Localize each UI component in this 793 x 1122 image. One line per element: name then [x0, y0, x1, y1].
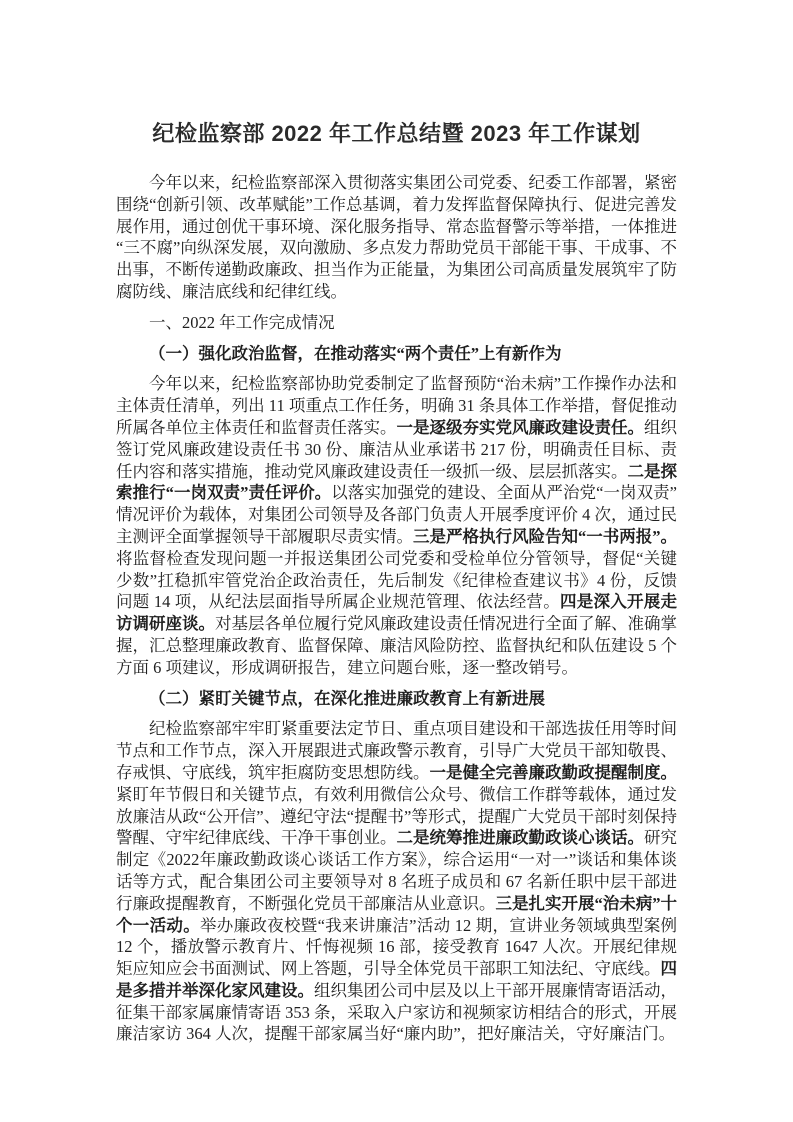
bold-text-run: 三是严格执行风险告知“一书两报”。 [413, 527, 677, 546]
document-page: 纪检监察部 2022 年工作总结暨 2023 年工作谋划 今年以来，纪检监察部深… [0, 0, 793, 1122]
bold-text-run: 一是逐级夯实党风廉政建设责任。 [397, 418, 645, 437]
bold-text-run: 二是统筹推进廉政勤政谈心谈话。 [397, 828, 645, 847]
doc-heading2: （二）紧盯关键节点，在深化推进廉政教育上有新进展 [116, 688, 677, 710]
doc-heading2: （一）强化政治监督，在推动落实“两个责任”上有新作为 [116, 343, 677, 365]
text-run: 举办廉政夜校暨“我来讲廉洁”活动 12 期，宣讲业务领域典型案例 12 个，播放… [116, 916, 677, 979]
text-run: （二）紧盯关键节点，在深化推进廉政教育上有新进展 [149, 689, 545, 708]
document-body: 今年以来，纪检监察部深入贯彻落实集团公司党委、纪委工作部署，紧密围绕“创新引领、… [116, 172, 677, 1045]
doc-paragraph: 今年以来，纪检监察部深入贯彻落实集团公司党委、纪委工作部署，紧密围绕“创新引领、… [116, 172, 677, 303]
doc-paragraph: 纪检监察部牢牢盯紧重要法定节日、重点项目建设和干部选拔任用等时间节点和工作节点，… [116, 718, 677, 1045]
text-run: 今年以来，纪检监察部深入贯彻落实集团公司党委、纪委工作部署，紧密围绕“创新引领、… [116, 173, 677, 301]
text-run: 一、2022 年工作完成情况 [149, 313, 335, 332]
doc-paragraph: 今年以来，纪检监察部协助党委制定了监督预防“治未病”工作操作办法和主体责任清单，… [116, 373, 677, 678]
bold-text-run: 一是健全完善廉政勤政提醒制度。 [430, 763, 678, 782]
document-content: 纪检监察部 2022 年工作总结暨 2023 年工作谋划 今年以来，纪检监察部深… [116, 118, 677, 1045]
text-run: （一）强化政治监督，在推动落实“两个责任”上有新作为 [149, 344, 562, 363]
document-title: 纪检监察部 2022 年工作总结暨 2023 年工作谋划 [116, 118, 677, 150]
doc-heading1: 一、2022 年工作完成情况 [116, 312, 677, 334]
